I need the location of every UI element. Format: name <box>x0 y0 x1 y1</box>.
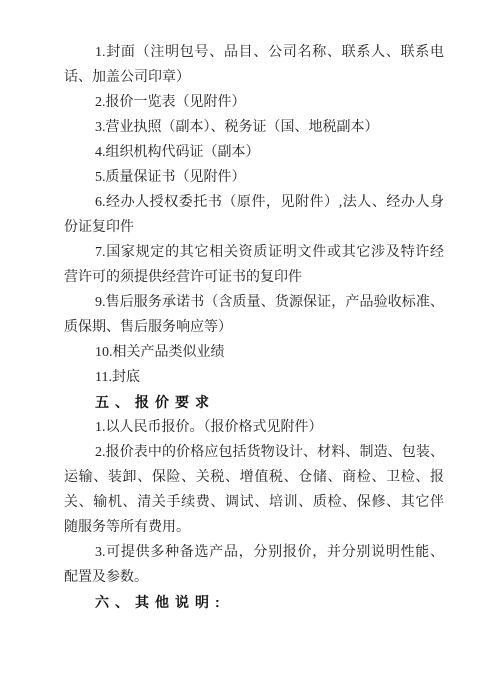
doc-line: 5.质量保证书（见附件） <box>64 165 444 190</box>
doc-line: 6.经办人授权委托书（原件，见附件）,法人、经办人身 <box>64 190 444 215</box>
doc-line: 10.相关产品类似业绩 <box>64 340 444 365</box>
document-page: 1.封面（注明包号、品目、公司名称、联系人、联系电 话、加盖公司印章） 2.报价… <box>0 0 503 689</box>
doc-line: 话、加盖公司印章） <box>64 65 444 90</box>
doc-line: 份证复印件 <box>64 215 444 240</box>
doc-line: 配置及参数。 <box>64 565 444 590</box>
section-heading-pricing-requirements: 五、报价要求 <box>64 390 444 415</box>
doc-line: 1.以人民币报价。（报价格式见附件） <box>64 415 444 440</box>
section-heading-other-notes: 六、其他说明: <box>64 590 444 615</box>
doc-line: 3.营业执照（副本）、税务证（国、地税副本） <box>64 115 444 140</box>
doc-line: 11.封底 <box>64 365 444 390</box>
doc-line: 9.售后服务承诺书（含质量、货源保证，产品验收标准、 <box>64 290 444 315</box>
document-body: 1.封面（注明包号、品目、公司名称、联系人、联系电 话、加盖公司印章） 2.报价… <box>64 40 444 615</box>
doc-line: 运输、装卸、保险、关税、增值税、仓储、商检、卫检、报 <box>64 465 444 490</box>
doc-line: 质保期、售后服务响应等） <box>64 315 444 340</box>
doc-line: 营许可的须提供经营许可证书的复印件 <box>64 265 444 290</box>
doc-line: 4.组织机构代码证（副本） <box>64 140 444 165</box>
doc-line: 关、输机、清关手续费、调试、培训、质检、保修、其它伴 <box>64 490 444 515</box>
doc-line: 1.封面（注明包号、品目、公司名称、联系人、联系电 <box>64 40 444 65</box>
doc-line: 7.国家规定的其它相关资质证明文件或其它涉及特许经 <box>64 240 444 265</box>
doc-line: 随服务等所有费用。 <box>64 515 444 540</box>
doc-line: 2.报价一览表（见附件） <box>64 90 444 115</box>
doc-line: 2.报价表中的价格应包括货物设计、材料、制造、包装、 <box>64 440 444 465</box>
doc-line: 3.可提供多种备选产品，分别报价，并分别说明性能、 <box>64 540 444 565</box>
